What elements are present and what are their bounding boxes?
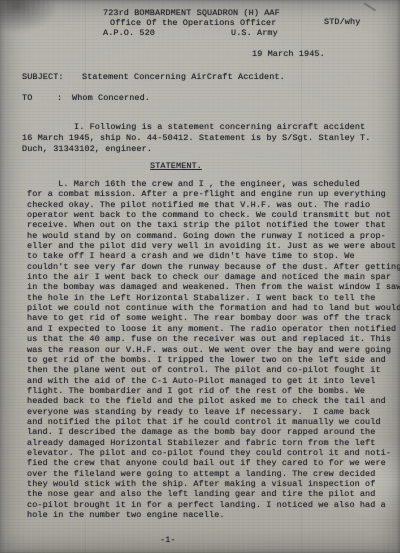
document-line: eller and the pilot did very well in avo… (27, 241, 400, 251)
letterhead-squadron: 723rd BOMBARDMENT SQUADRON (H) AAF (103, 8, 280, 18)
document-line: the hole in the Left Horizontal Stabaliz… (27, 293, 400, 303)
document-line: headed back to the field and the pilot a… (27, 396, 400, 406)
pencil-mark (364, 2, 377, 11)
document-line: over the fileland were going to attempt … (27, 469, 400, 479)
document-line: elevator. The pilot and co-pilot found t… (27, 448, 400, 458)
document-line: was the reason our V.H.F. was out. We we… (27, 345, 400, 355)
letterhead-office: Office Of the Operations Officer (110, 18, 276, 28)
to-separator: : (57, 93, 62, 103)
document-line: then the plane went out of control. The … (27, 365, 400, 375)
document-line: in the bombay was damaged and weakened. … (27, 282, 400, 292)
document-line: pilot we could not continue with the for… (27, 303, 400, 313)
statement-body: L. March 16th the crew and I , the engin… (27, 179, 400, 520)
document-line: to take off I heard a crash and we didn'… (27, 251, 400, 261)
document-line: operator went back to the command to che… (27, 210, 400, 220)
document-line: for a combat mission. After a pre-flight… (27, 189, 400, 199)
document-line: he would stand by on command. Going down… (27, 231, 400, 241)
document-line: fied the crew that anyone could bail out… (27, 458, 400, 468)
statement-heading: STATEMENT. (150, 161, 202, 171)
document-line: I. Following is a statement concerning a… (22, 122, 370, 133)
document-line: flight. The bombardier and I got rid of … (27, 386, 400, 396)
document-line: have to get rid of some weight. The rear… (27, 313, 400, 323)
document-line: and I expected to loose it any moment. T… (27, 324, 400, 334)
document-line: 16 March 1945, ship No. 44-50412. Statem… (22, 133, 370, 144)
scanned-document-page: 723rd BOMBARDMENT SQUADRON (H) AAF Offic… (0, 0, 400, 553)
letterhead-apo: A.P.O. 520 (103, 28, 155, 38)
document-line: Duch, 31343102, engineer. (22, 144, 370, 155)
subject-label: SUBJECT: (22, 72, 64, 82)
page-number: -1- (160, 535, 176, 545)
document-line: into the air I went back to check our da… (27, 272, 400, 282)
document-line: to get rid of the bombs. I tripped the l… (27, 355, 400, 365)
document-line: and with the aid of the C-1 Auto-Pilot m… (27, 376, 400, 386)
letterhead-army: U.S. Army (231, 28, 278, 38)
document-line: they would stick with the ship. After ma… (27, 479, 400, 489)
document-line: everyone was standing by ready to leave … (27, 407, 400, 417)
introduction-paragraph: I. Following is a statement concerning a… (22, 122, 370, 156)
subject-value: Statement Concerning AirCraft Accident. (82, 72, 285, 82)
to-value: Whom Concerned. (72, 93, 150, 103)
document-line: L. March 16th the crew and I , the engin… (27, 179, 400, 189)
document-date: 19 March 1945. (252, 49, 325, 59)
document-line: already damaged Horizontal Stabilezer an… (27, 438, 400, 448)
document-line: couldn't see very far down the runway be… (27, 262, 400, 272)
to-label: TO (22, 93, 32, 103)
document-line: hole in the number two engine nacelle. (27, 510, 400, 520)
document-line: land. I described the damage as the bomb… (27, 427, 400, 437)
document-line: co-pilot brought it in for a perfect lan… (27, 500, 400, 510)
letterhead-reference: STD/why (324, 17, 360, 27)
document-line: the nose gear and also the left landing … (27, 489, 400, 499)
document-line: checked okay. The pilot notified me that… (27, 200, 400, 210)
document-line: us that the 40 amp. fuse on the receiver… (27, 334, 400, 344)
document-line: receive. When out on the taxi strip the … (27, 220, 400, 230)
document-line: and notified the pilot that if he could … (27, 417, 400, 427)
